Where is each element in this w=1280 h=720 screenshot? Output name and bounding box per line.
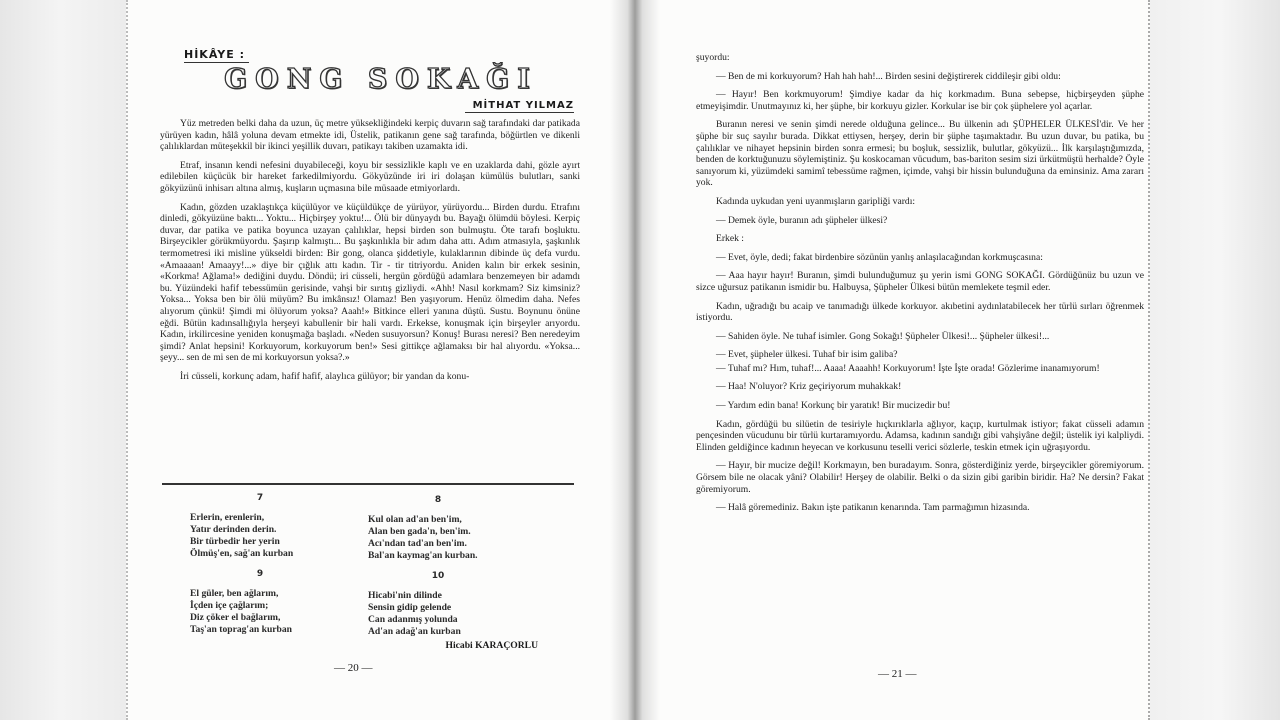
right-body-text: şuyordu:— Ben de mi korkuyorum? Hah hah …: [696, 52, 1144, 521]
paragraph: — Evet, şüpheler ülkesi. Tuhaf bir isim …: [696, 349, 1144, 361]
paragraph: — Tuhaf mı? Hım, tuhaf!... Aaaa! Aaaahh!…: [696, 363, 1144, 375]
paragraph: Etraf, insanın kendi nefesini duyabilece…: [160, 160, 580, 195]
poem-stanza: 7 Erlerin, erenlerin, Yatır derinden der…: [190, 492, 330, 560]
poem-stanza: 8 Kul olan ad'an ben'im, Alan ben gada'n…: [368, 494, 508, 562]
stanza-number: 10: [368, 570, 508, 582]
paragraph: Yüz metreden belki daha da uzun, üç metr…: [160, 118, 580, 153]
poem-line: Bir türbedir her yerin: [190, 536, 330, 548]
paragraph: Kadın, uğradığı bu acaip ve tanımadığı ü…: [696, 301, 1144, 324]
poem-stanza: 10 Hicabi'nin dilinde Sensin gidip gelen…: [368, 570, 508, 638]
author-name: MİTHAT YILMAZ: [465, 100, 574, 113]
poem-line: Bal'an kaymag'an kurban.: [368, 550, 508, 562]
stanza-number: 8: [368, 494, 508, 506]
poem-line: Ad'an adağ'an kurban: [368, 626, 508, 638]
paragraph: — Hayır! Ben korkmuyorum! Şimdiye kadar …: [696, 89, 1144, 112]
left-body-text: Yüz metreden belki daha da uzun, üç metr…: [160, 118, 580, 389]
poem-line: Acı'ndan tad'an ben'im.: [368, 538, 508, 550]
paragraph: — Hayır, bir mucize değil! Korkmayın, be…: [696, 460, 1144, 495]
paragraph: Kadın, gördüğü bu silüetin de tesiriyle …: [696, 419, 1144, 454]
divider-rule: [162, 483, 574, 485]
poem-line: Ölmüş'en, sağ'an kurban: [190, 548, 330, 560]
poem-line: Can adanmış yolunda: [368, 614, 508, 626]
paragraph: Erkek :: [696, 233, 1144, 245]
poem-line: Yatır derinden derin.: [190, 524, 330, 536]
book-gutter: [610, 0, 660, 720]
paragraph: — Aaa hayır hayır! Buranın, şimdi bulund…: [696, 270, 1144, 293]
poem-line: İçden içe çağlarım;: [190, 600, 330, 612]
poem-stanza: 9 El güler, ben ağlarım, İçden içe çağla…: [190, 568, 330, 636]
paragraph: — Demek öyle, buranın adı şüpheler ülkes…: [696, 215, 1144, 227]
paragraph: — Ben de mi korkuyorum? Hah hah hah!... …: [696, 71, 1144, 83]
poem-line: Sensin gidip gelende: [368, 602, 508, 614]
poem-line: Diz çöker el bağlarım,: [190, 612, 330, 624]
story-title: GONG SOKAĞI: [128, 64, 634, 95]
poem-line: Erlerin, erenlerin,: [190, 512, 330, 524]
poem-line: Hicabi'nin dilinde: [368, 590, 508, 602]
page-number: — 21 —: [878, 668, 917, 680]
paragraph: — Sahiden öyle. Ne tuhaf isimler. Gong S…: [696, 331, 1144, 343]
stanza-number: 7: [190, 492, 330, 504]
paragraph: şuyordu:: [696, 52, 1144, 64]
paragraph: — Yardım edin bana! Korkunç bir yaratık!…: [696, 400, 1144, 412]
poem-line: Taş'an toprag'an kurban: [190, 624, 330, 636]
paragraph: — Evet, öyle, dedi; fakat birdenbire söz…: [696, 252, 1144, 264]
paragraph: Kadında uykudan yeni uyanmışların garipl…: [696, 196, 1144, 208]
left-page: HİKÂYE : GONG SOKAĞI MİTHAT YILMAZ Yüz m…: [126, 0, 634, 720]
paragraph: — Haa! N'oluyor? Kriz geçiriyorum muhakk…: [696, 381, 1144, 393]
poet-name: Hicabi KARAÇORLU: [446, 640, 538, 651]
poem-line: El güler, ben ağlarım,: [190, 588, 330, 600]
poem-line: Alan ben gada'n, ben'im.: [368, 526, 508, 538]
stanza-number: 9: [190, 568, 330, 580]
paragraph: — Halâ göremediniz. Bakın işte patikanın…: [696, 502, 1144, 514]
poem-line: Kul olan ad'an ben'im,: [368, 514, 508, 526]
paragraph: Kadın, gözden uzaklaştıkça küçülüyor ve …: [160, 202, 580, 364]
section-label: HİKÂYE :: [184, 48, 249, 63]
paragraph: İri cüsseli, korkunç adam, hafif hafif, …: [160, 371, 580, 383]
page-number: — 20 —: [334, 662, 373, 674]
right-page: şuyordu:— Ben de mi korkuyorum? Hah hah …: [632, 0, 1150, 720]
paragraph: Buranın neresi ve senin şimdi nerede old…: [696, 119, 1144, 189]
